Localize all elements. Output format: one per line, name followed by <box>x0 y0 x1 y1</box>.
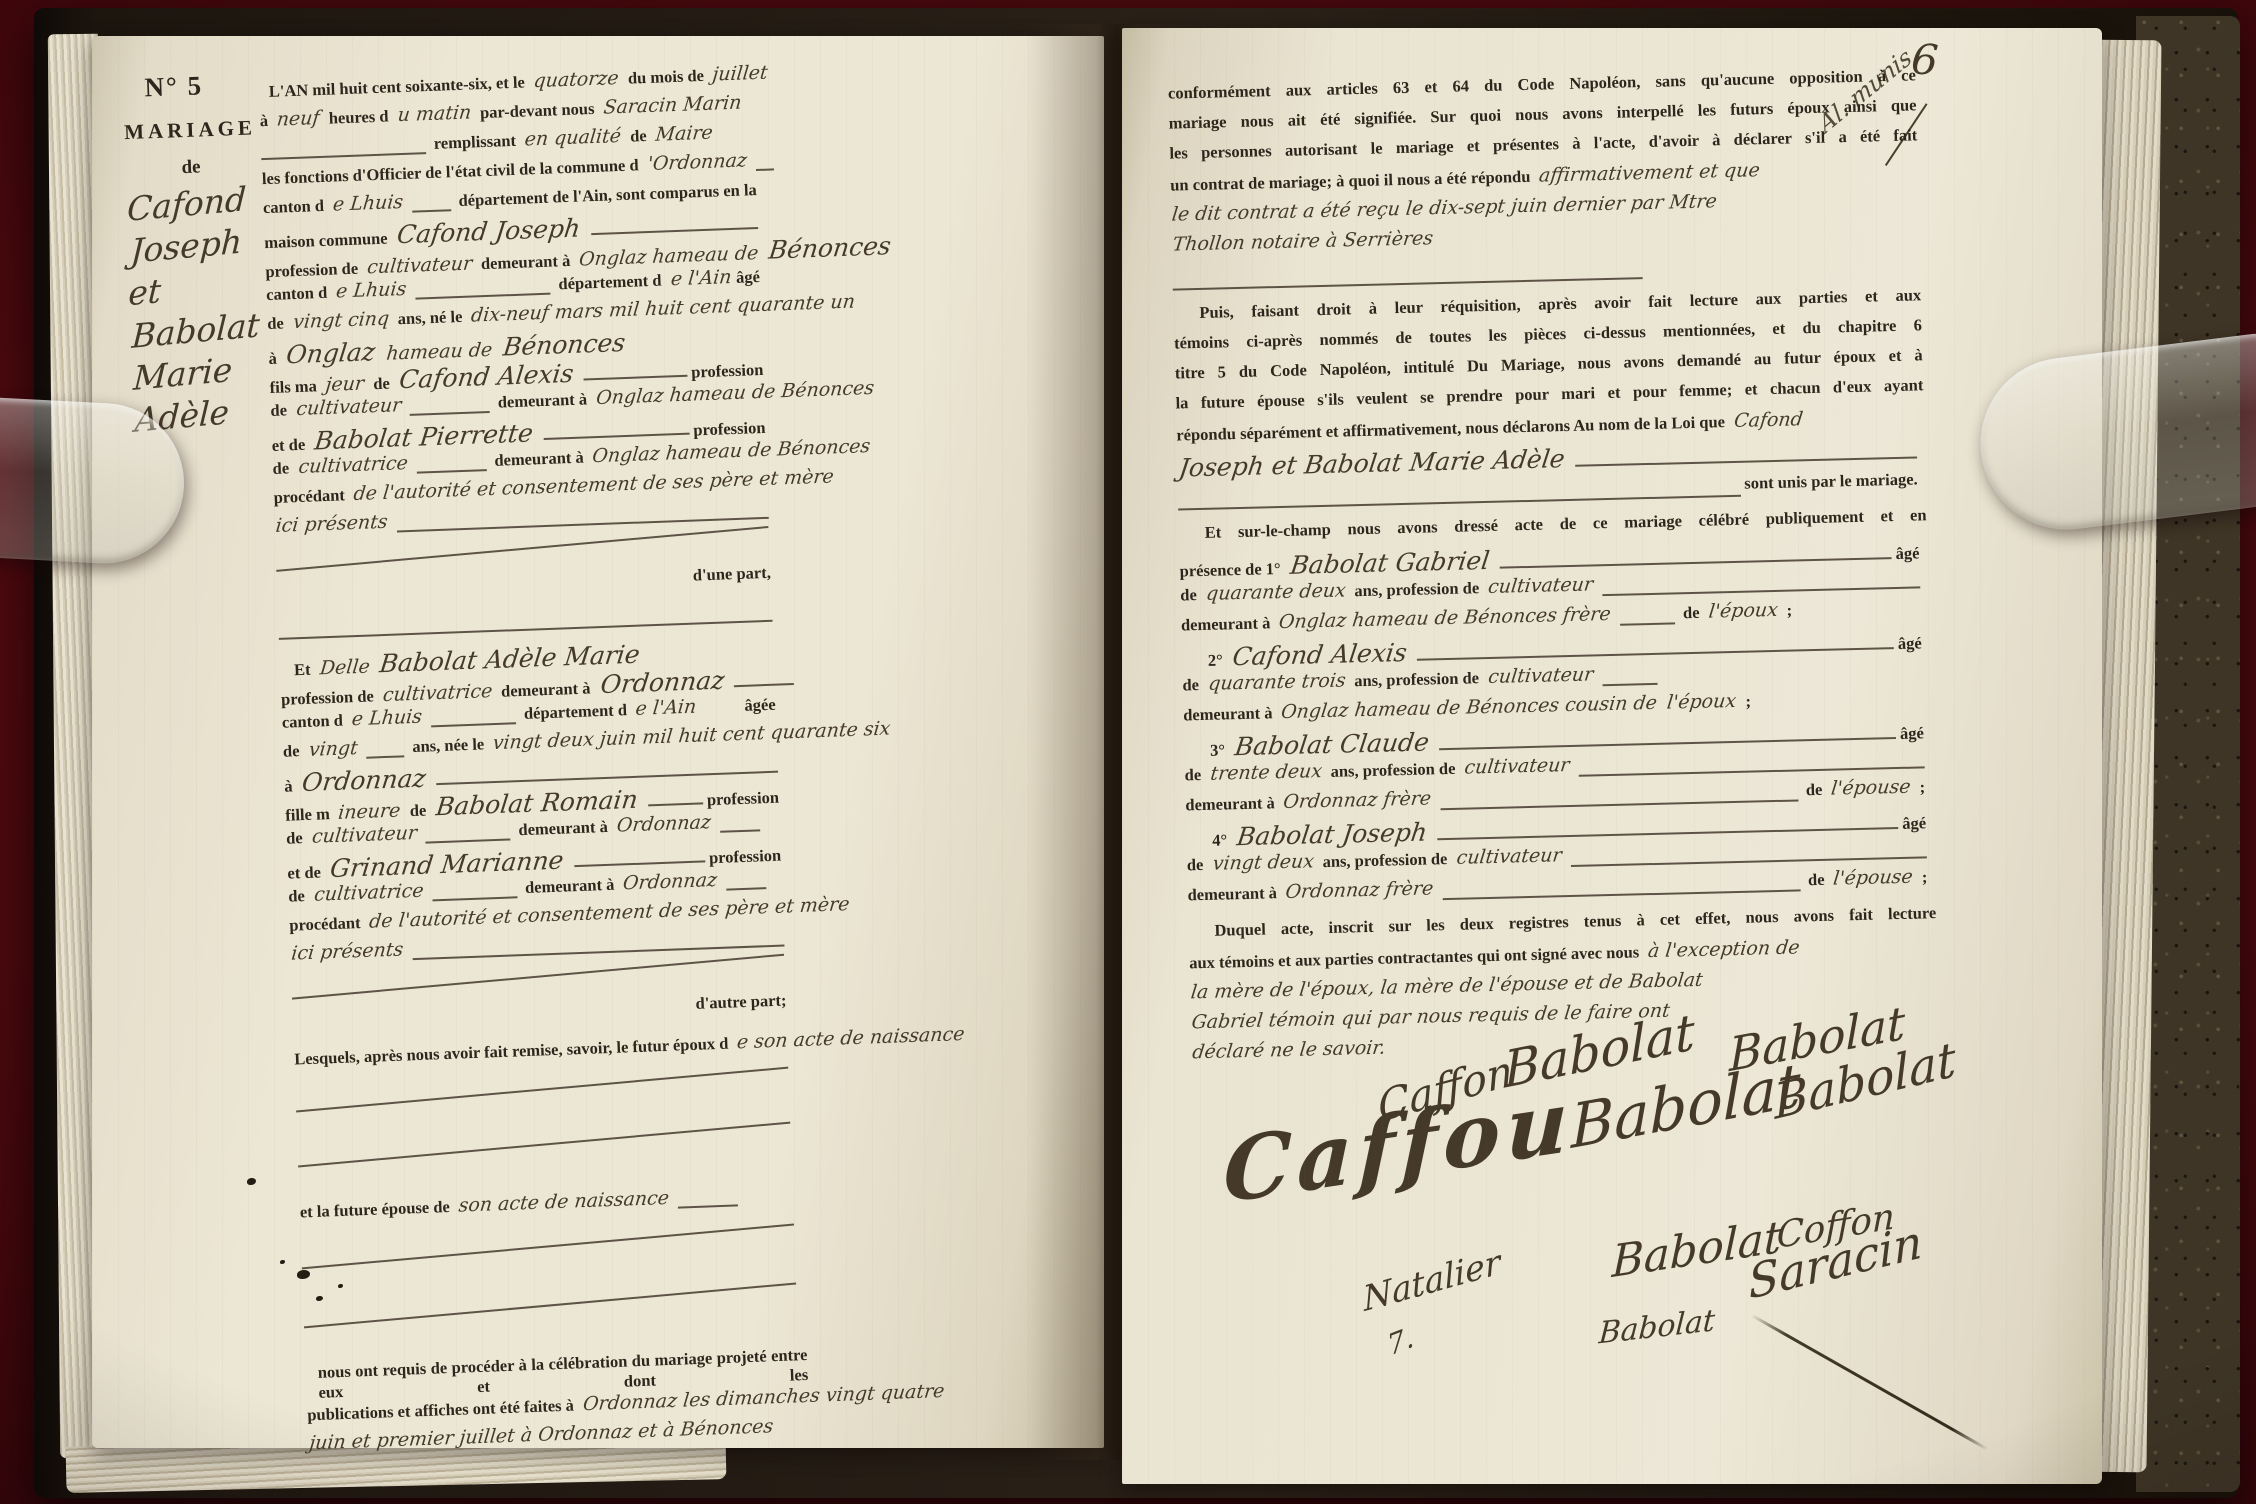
handwritten-text: quarante deux <box>1204 579 1346 604</box>
printed-text: d'une part, <box>693 563 772 586</box>
handwritten-text: vingt <box>307 737 358 761</box>
handwritten-text: son acte de naissance <box>458 1187 671 1217</box>
printed-text: de <box>286 828 303 849</box>
left-page-form: L'AN mil huit cent soixante-six, et lequ… <box>254 62 806 1461</box>
handwritten-text: quarante trois <box>1207 669 1347 694</box>
rule-line <box>678 1188 739 1208</box>
printed-text: profession <box>691 360 764 383</box>
printed-text: âgé <box>736 267 761 288</box>
handwritten-text: affirmativement et que <box>1538 159 1761 186</box>
printed-text: et la future épouse de <box>300 1197 451 1222</box>
rule-line <box>583 359 687 381</box>
printed-text: département d <box>558 271 662 295</box>
handwritten-text: 'Ordonnaz <box>646 149 748 175</box>
printed-text: demeurant à <box>1183 703 1273 725</box>
register-photograph: N° 5 MARIAGE de CafondJoseph etBabolatMa… <box>0 0 2256 1504</box>
printed-text: âgé <box>1898 633 1922 654</box>
act-number: N° 5 <box>122 68 265 104</box>
printed-text: demeurant à <box>481 251 571 274</box>
form-line <box>299 1288 802 1335</box>
handwritten-text: cultivateur <box>1487 573 1594 598</box>
printed-text: demeurant à <box>1187 883 1277 905</box>
printed-text: demeurant à <box>1181 613 1271 635</box>
printed-text: profession <box>693 418 766 441</box>
signature-flourish <box>1751 1314 1989 1451</box>
printed-text: demeurant à <box>501 678 591 701</box>
printed-text: ans, né le <box>397 307 462 329</box>
printed-text: du mois de <box>628 66 705 89</box>
rule-line <box>1172 261 1642 290</box>
handwritten-text: Bénonces <box>501 328 626 362</box>
rule-line <box>1578 750 1925 776</box>
handwritten-text: l'époux <box>1707 599 1779 623</box>
handwritten-text: e Lhuis <box>335 278 407 303</box>
printed-text: de <box>272 458 289 479</box>
rule-line <box>590 211 758 235</box>
rule-line <box>412 193 451 212</box>
printed-text: fille m <box>285 804 330 826</box>
printed-text: ans, profession de <box>1330 759 1455 782</box>
printed-text: et de <box>271 435 305 456</box>
handwritten-text: à l'exception de <box>1647 936 1801 962</box>
rule-line <box>756 152 775 171</box>
printed-text: ans, profession de <box>1354 578 1479 601</box>
handwritten-text: cultivateur <box>1487 663 1594 688</box>
handwritten-text: Delle <box>318 656 370 680</box>
printed-text: de <box>1806 780 1823 800</box>
printed-text: de <box>267 313 284 334</box>
printed-text: à <box>260 111 269 131</box>
rule-line <box>1443 873 1801 900</box>
rule-line <box>647 786 703 806</box>
printed-text: par-devant nous <box>480 99 595 123</box>
rule-line <box>366 739 405 758</box>
printed-text: âgé <box>1900 723 1924 744</box>
printed-text: fils ma <box>269 376 317 398</box>
handwritten-text: ici présents <box>275 511 389 537</box>
rule-line <box>278 604 772 640</box>
signature: 7. <box>1385 1323 1415 1361</box>
signature: Natalier <box>1362 1245 1502 1317</box>
handwritten-text: Maire <box>654 122 713 146</box>
handwritten-text: Bénonces <box>768 231 893 265</box>
handwritten-text: Saracin Marin <box>602 91 742 118</box>
printed-text: procédant <box>273 485 345 508</box>
printed-text: et de <box>287 862 321 883</box>
rule-line <box>431 706 517 727</box>
rule-line <box>415 277 551 300</box>
handwritten-text: e son acte de naissance <box>736 1023 966 1053</box>
printed-text: demeurant à <box>525 875 615 898</box>
printed-text: département d <box>524 700 628 724</box>
printed-text: demeurant à <box>518 817 608 840</box>
handwritten-text: cultivateur <box>310 822 417 848</box>
rule-line <box>543 417 690 440</box>
printed-text: de <box>409 801 426 822</box>
printed-text: ans, profession de <box>1354 668 1479 691</box>
rule-line <box>1602 667 1657 686</box>
handwritten-text: e l'Ain <box>669 266 732 290</box>
rule-line <box>1499 541 1892 569</box>
form-line <box>293 1127 796 1174</box>
printed-text: ; <box>1745 692 1751 712</box>
handwritten-text: trente deux <box>1209 760 1323 785</box>
rule-line <box>425 822 511 843</box>
rule-line <box>410 395 491 416</box>
handwritten-text: Babolat Gabriel <box>1289 546 1492 580</box>
handwritten-text: Onglaz <box>285 337 377 369</box>
printed-text: profession de <box>281 686 374 709</box>
handwritten-text: e Lhuis <box>332 191 404 216</box>
rule-line <box>1570 840 1927 867</box>
printed-text: canton d <box>282 711 344 733</box>
printed-text: profession <box>707 788 780 811</box>
printed-text: ; <box>1919 777 1925 797</box>
handwritten-text: neuf <box>276 107 321 131</box>
handwritten-text: cultivatrice <box>297 452 409 478</box>
printed-text: L'AN mil huit cent soixante-six, et le <box>268 72 525 101</box>
printed-text: remplissant <box>433 131 516 154</box>
printed-text: de <box>1182 675 1199 695</box>
handwritten-text: quatorze <box>533 67 620 92</box>
printed-text: âgé <box>1895 543 1919 564</box>
handwritten-text: u matin <box>396 101 472 126</box>
rule-line <box>1602 570 1920 596</box>
handwritten-text: cultivateur <box>1463 754 1570 779</box>
handwritten-text: cultivateur <box>295 394 402 420</box>
rule-line <box>303 1267 797 1329</box>
printed-text: demeurant à <box>494 448 584 471</box>
signature: Babolat <box>1598 1306 1716 1349</box>
handwritten-text: ineure <box>338 799 402 823</box>
printed-text: présence de 1° <box>1179 559 1280 581</box>
handwritten-text: juillet <box>712 61 769 85</box>
printed-text: procédant <box>289 913 361 936</box>
printed-text: de <box>288 886 305 907</box>
rule-line <box>416 453 487 474</box>
handwritten-text: Ordonnaz frère <box>1282 787 1432 813</box>
rule-line <box>574 844 706 867</box>
handwritten-text: Cafond Alexis <box>1231 638 1409 671</box>
right-page: 6 Al. munis conformément aux articles 63… <box>1122 28 2102 1484</box>
printed-text: sont unis par le mariage. <box>1744 469 1918 493</box>
printed-text: profession de <box>265 259 358 282</box>
printed-text: demeurant à <box>497 389 587 412</box>
handwritten-text: cultivateur <box>1455 844 1562 869</box>
handwritten-text: en qualité <box>524 125 623 151</box>
printed-text: ans, profession de <box>1322 849 1447 872</box>
handwritten-text: e Lhuis <box>351 706 423 731</box>
rule-line <box>1178 479 1741 511</box>
printed-text: d'autre part; <box>695 990 787 1013</box>
printed-text: ans, née le <box>412 734 485 757</box>
handwritten-text: déclaré ne le savoir. <box>1191 1037 1387 1064</box>
rule-line <box>1620 606 1675 625</box>
handwritten-text: ici présents <box>290 938 404 964</box>
handwritten-text: Babolat Claude <box>1233 727 1431 761</box>
printed-text: canton d <box>266 283 328 305</box>
printed-text: à <box>268 349 277 369</box>
handwritten-text: cultivatrice <box>382 680 494 706</box>
printed-text: de <box>630 126 647 147</box>
act-party-names: CafondJoseph etBabolatMarieAdèle <box>126 180 277 438</box>
form-line <box>297 1229 800 1276</box>
handwritten-text: l'époux <box>1666 690 1738 714</box>
handwritten-text: vingt cinq <box>292 308 390 334</box>
printed-text: 2° <box>1208 650 1223 670</box>
handwritten-text: cultivatrice <box>313 880 425 906</box>
printed-text: de <box>1187 855 1204 875</box>
rule-line <box>734 667 795 687</box>
printed-text: de <box>373 374 390 395</box>
handwritten-text: jeur <box>325 372 366 396</box>
handwritten-text: cultivateur <box>366 252 473 278</box>
printed-text: ; <box>1786 601 1792 621</box>
rule-line <box>1437 811 1899 840</box>
printed-text: 4° <box>1212 830 1227 850</box>
handwritten-text: hameau de <box>385 339 493 365</box>
printed-text: de <box>1808 870 1825 890</box>
rule-line <box>1417 631 1894 661</box>
rule-line <box>432 880 518 901</box>
printed-text: de <box>1180 585 1197 605</box>
handwritten-text: vingt deux <box>1211 850 1315 875</box>
act-type-label: MARIAGE <box>124 115 267 145</box>
margin-party-name: Joseph et <box>127 218 273 316</box>
handwritten-text: Cafond <box>1733 408 1804 432</box>
right-page-form: conformément aux articles 63 et 64 du Co… <box>1164 65 1936 1071</box>
printed-text: de <box>1184 765 1201 785</box>
left-page: N° 5 MARIAGE de CafondJoseph etBabolatMa… <box>92 36 1104 1448</box>
handwritten-text: Ordonnaz <box>599 665 726 699</box>
printed-text: Et <box>294 660 311 681</box>
printed-text: de <box>283 741 300 762</box>
printed-text: à <box>284 776 293 796</box>
rule-line <box>1574 440 1917 466</box>
handwritten-text: Ordonnaz frère <box>1285 877 1435 903</box>
handwritten-text: l'épouse <box>1832 866 1914 890</box>
rule-line <box>726 871 767 890</box>
printed-text: demeurant à <box>1185 793 1275 815</box>
signature: Caffou <box>1222 1078 1575 1217</box>
printed-text: canton d <box>263 196 325 218</box>
printed-text: heures d <box>328 106 388 128</box>
rule-line <box>1440 783 1798 810</box>
rule-line <box>1439 721 1896 750</box>
printed-text: profession <box>709 846 782 869</box>
handwritten-text: Ordonnaz <box>616 811 712 837</box>
handwritten-text: Babolat Joseph <box>1235 817 1429 851</box>
printed-text: de <box>1683 603 1700 623</box>
printed-text: ; <box>1922 867 1928 887</box>
handwritten-text: e l'Ain <box>635 696 698 720</box>
rule-line <box>719 813 760 832</box>
handwritten-text: Ordonnaz <box>622 869 718 895</box>
act-de-label: de <box>181 154 268 179</box>
act-margin: N° 5 MARIAGE de CafondJoseph etBabolatMa… <box>122 68 277 438</box>
printed-text: de <box>270 400 287 421</box>
handwritten-text: l'épouse <box>1830 776 1912 800</box>
handwritten-text: Ordonnaz <box>301 763 428 797</box>
printed-text: 3° <box>1210 740 1225 760</box>
printed-text: âgé <box>1902 813 1926 834</box>
printed-text: âgée <box>744 695 776 716</box>
rule-line <box>261 136 427 160</box>
